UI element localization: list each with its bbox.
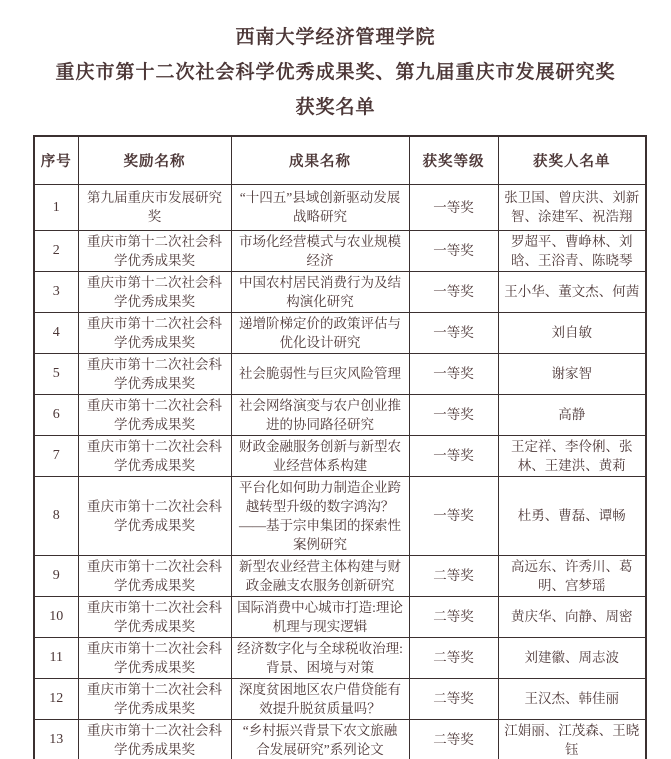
- table-body: 1第九届重庆市发展研究奖“十四五”县域创新驱动发展战略研究一等奖张卫国、曾庆洪、…: [34, 184, 646, 759]
- cell-grade: 一等奖: [409, 476, 498, 555]
- cell-result-name: “十四五”县域创新驱动发展战略研究: [231, 184, 409, 230]
- cell-grade: 一等奖: [409, 435, 498, 476]
- cell-index: 8: [34, 476, 78, 555]
- cell-grade: 二等奖: [409, 719, 498, 759]
- cell-result-name: 国际消费中心城市打造:理论机理与现实逻辑: [231, 596, 409, 637]
- column-header-2: 成果名称: [231, 136, 409, 184]
- table-row: 11重庆市第十二次社会科学优秀成果奖经济数字化与全球税收治理:背景、困境与对策二…: [34, 637, 646, 678]
- cell-award-name: 重庆市第十二次社会科学优秀成果奖: [78, 719, 231, 759]
- cell-index: 5: [34, 353, 78, 394]
- cell-award-name: 重庆市第十二次社会科学优秀成果奖: [78, 394, 231, 435]
- cell-grade: 一等奖: [409, 230, 498, 271]
- cell-result-name: 平台化如何助力制造企业跨越转型升级的数字鸿沟？——基于宗申集团的探索性案例研究: [231, 476, 409, 555]
- cell-winners: 高远东、许秀川、葛明、宫梦瑶: [498, 555, 646, 596]
- cell-winners: 黄庆华、向静、周密: [498, 596, 646, 637]
- cell-winners: 王汉杰、韩佳丽: [498, 678, 646, 719]
- table-row: 1第九届重庆市发展研究奖“十四五”县域创新驱动发展战略研究一等奖张卫国、曾庆洪、…: [34, 184, 646, 230]
- table-row: 9重庆市第十二次社会科学优秀成果奖新型农业经营主体构建与财政金融支农服务创新研究…: [34, 555, 646, 596]
- cell-winners: 江娟丽、江茂森、王晓钰: [498, 719, 646, 759]
- page-title-institution: 西南大学经济管理学院: [0, 20, 671, 55]
- cell-award-name: 重庆市第十二次社会科学优秀成果奖: [78, 435, 231, 476]
- cell-award-name: 重庆市第十二次社会科学优秀成果奖: [78, 476, 231, 555]
- cell-index: 12: [34, 678, 78, 719]
- cell-result-name: “乡村振兴背景下农文旅融合发展研究”系列论文: [231, 719, 409, 759]
- cell-index: 6: [34, 394, 78, 435]
- cell-index: 2: [34, 230, 78, 271]
- page-title-list: 获奖名单: [0, 90, 671, 125]
- awards-table: 序号奖励名称成果名称获奖等级获奖人名单 1第九届重庆市发展研究奖“十四五”县域创…: [33, 135, 647, 759]
- cell-winners: 罗超平、曹峥林、刘晗、王浴青、陈晓琴: [498, 230, 646, 271]
- table-row: 6重庆市第十二次社会科学优秀成果奖社会网络演变与农户创业推进的协同路径研究一等奖…: [34, 394, 646, 435]
- cell-result-name: 社会网络演变与农户创业推进的协同路径研究: [231, 394, 409, 435]
- cell-winners: 张卫国、曾庆洪、刘新智、涂建军、祝浩翔: [498, 184, 646, 230]
- table-row: 13重庆市第十二次社会科学优秀成果奖“乡村振兴背景下农文旅融合发展研究”系列论文…: [34, 719, 646, 759]
- column-header-0: 序号: [34, 136, 78, 184]
- cell-winners: 高静: [498, 394, 646, 435]
- cell-award-name: 重庆市第十二次社会科学优秀成果奖: [78, 596, 231, 637]
- cell-result-name: 深度贫困地区农户借贷能有效提升脱贫质量吗？: [231, 678, 409, 719]
- table-row: 12重庆市第十二次社会科学优秀成果奖深度贫困地区农户借贷能有效提升脱贫质量吗？二…: [34, 678, 646, 719]
- table-row: 10重庆市第十二次社会科学优秀成果奖国际消费中心城市打造:理论机理与现实逻辑二等…: [34, 596, 646, 637]
- cell-award-name: 重庆市第十二次社会科学优秀成果奖: [78, 271, 231, 312]
- cell-grade: 一等奖: [409, 312, 498, 353]
- cell-grade: 二等奖: [409, 637, 498, 678]
- cell-index: 9: [34, 555, 78, 596]
- cell-winners: 刘自敏: [498, 312, 646, 353]
- cell-index: 1: [34, 184, 78, 230]
- cell-result-name: 社会脆弱性与巨灾风险管理: [231, 353, 409, 394]
- table-row: 4重庆市第十二次社会科学优秀成果奖递增阶梯定价的政策评估与优化设计研究一等奖刘自…: [34, 312, 646, 353]
- cell-index: 4: [34, 312, 78, 353]
- table-row: 3重庆市第十二次社会科学优秀成果奖中国农村居民消费行为及结构演化研究一等奖王小华…: [34, 271, 646, 312]
- table-row: 5重庆市第十二次社会科学优秀成果奖社会脆弱性与巨灾风险管理一等奖谢家智: [34, 353, 646, 394]
- table-row: 2重庆市第十二次社会科学优秀成果奖市场化经营模式与农业规模经济一等奖罗超平、曹峥…: [34, 230, 646, 271]
- cell-result-name: 中国农村居民消费行为及结构演化研究: [231, 271, 409, 312]
- column-header-1: 奖励名称: [78, 136, 231, 184]
- table-row: 8重庆市第十二次社会科学优秀成果奖平台化如何助力制造企业跨越转型升级的数字鸿沟？…: [34, 476, 646, 555]
- column-header-4: 获奖人名单: [498, 136, 646, 184]
- cell-index: 10: [34, 596, 78, 637]
- cell-grade: 一等奖: [409, 353, 498, 394]
- column-header-3: 获奖等级: [409, 136, 498, 184]
- cell-index: 11: [34, 637, 78, 678]
- cell-grade: 一等奖: [409, 184, 498, 230]
- cell-grade: 二等奖: [409, 555, 498, 596]
- cell-award-name: 重庆市第十二次社会科学优秀成果奖: [78, 230, 231, 271]
- cell-result-name: 财政金融服务创新与新型农业经营体系构建: [231, 435, 409, 476]
- cell-result-name: 经济数字化与全球税收治理:背景、困境与对策: [231, 637, 409, 678]
- cell-winners: 杜勇、曹磊、谭畅: [498, 476, 646, 555]
- page-title-awards: 重庆市第十二次社会科学优秀成果奖、第九届重庆市发展研究奖: [0, 55, 671, 90]
- cell-winners: 谢家智: [498, 353, 646, 394]
- cell-award-name: 重庆市第十二次社会科学优秀成果奖: [78, 555, 231, 596]
- cell-grade: 一等奖: [409, 271, 498, 312]
- document-header: 西南大学经济管理学院 重庆市第十二次社会科学优秀成果奖、第九届重庆市发展研究奖 …: [0, 0, 671, 125]
- cell-winners: 王定祥、李伶俐、张林、王建洪、黄莉: [498, 435, 646, 476]
- cell-award-name: 重庆市第十二次社会科学优秀成果奖: [78, 678, 231, 719]
- cell-result-name: 递增阶梯定价的政策评估与优化设计研究: [231, 312, 409, 353]
- cell-index: 7: [34, 435, 78, 476]
- cell-result-name: 新型农业经营主体构建与财政金融支农服务创新研究: [231, 555, 409, 596]
- cell-grade: 一等奖: [409, 394, 498, 435]
- table-header-row: 序号奖励名称成果名称获奖等级获奖人名单: [34, 136, 646, 184]
- cell-winners: 刘建徽、周志波: [498, 637, 646, 678]
- cell-award-name: 第九届重庆市发展研究奖: [78, 184, 231, 230]
- cell-result-name: 市场化经营模式与农业规模经济: [231, 230, 409, 271]
- cell-index: 3: [34, 271, 78, 312]
- cell-award-name: 重庆市第十二次社会科学优秀成果奖: [78, 353, 231, 394]
- cell-award-name: 重庆市第十二次社会科学优秀成果奖: [78, 312, 231, 353]
- cell-award-name: 重庆市第十二次社会科学优秀成果奖: [78, 637, 231, 678]
- cell-winners: 王小华、董文杰、何茜: [498, 271, 646, 312]
- table-row: 7重庆市第十二次社会科学优秀成果奖财政金融服务创新与新型农业经营体系构建一等奖王…: [34, 435, 646, 476]
- cell-grade: 二等奖: [409, 596, 498, 637]
- cell-index: 13: [34, 719, 78, 759]
- cell-grade: 二等奖: [409, 678, 498, 719]
